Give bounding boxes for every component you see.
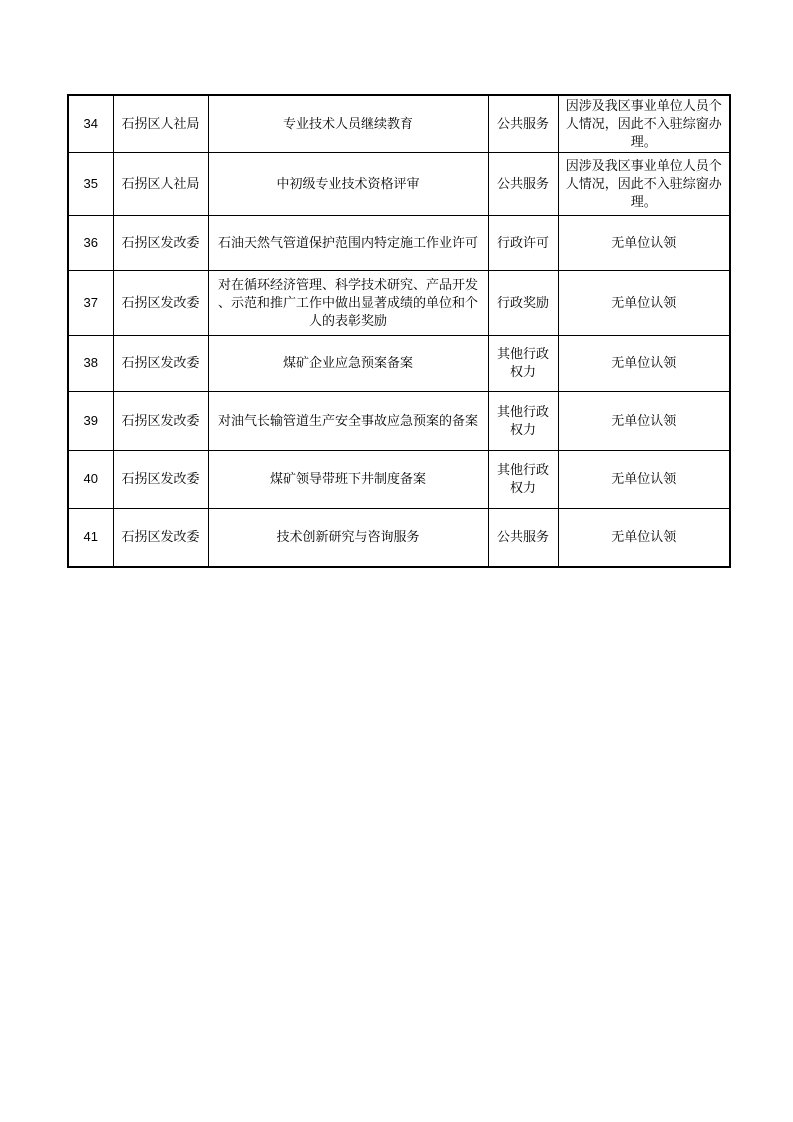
table-row: 34 石拐区人社局 专业技术人员继续教育 公共服务 因涉及我区事业单位人员个人情… [68, 95, 730, 152]
cell-remark: 因涉及我区事业单位人员个人情况，因此不入驻综窗办理。 [558, 95, 730, 152]
cell-remark: 无单位认领 [558, 270, 730, 335]
cell-item-name: 专业技术人员继续教育 [208, 95, 488, 152]
service-items-table: 34 石拐区人社局 专业技术人员继续教育 公共服务 因涉及我区事业单位人员个人情… [67, 94, 731, 568]
cell-seq: 39 [68, 391, 113, 450]
cell-department: 石拐区发改委 [113, 508, 208, 567]
cell-remark: 无单位认领 [558, 335, 730, 391]
cell-item-type: 其他行政权力 [488, 391, 558, 450]
cell-department: 石拐区发改委 [113, 335, 208, 391]
cell-department: 石拐区发改委 [113, 215, 208, 270]
table-row: 35 石拐区人社局 中初级专业技术资格评审 公共服务 因涉及我区事业单位人员个人… [68, 152, 730, 215]
cell-item-type: 其他行政权力 [488, 335, 558, 391]
cell-item-type: 行政奖励 [488, 270, 558, 335]
cell-item-name: 煤矿企业应急预案备案 [208, 335, 488, 391]
cell-item-name: 石油天然气管道保护范围内特定施工作业许可 [208, 215, 488, 270]
cell-item-type: 行政许可 [488, 215, 558, 270]
cell-remark: 无单位认领 [558, 508, 730, 567]
cell-item-name: 对在循环经济管理、科学技术研究、产品开发、示范和推广工作中做出显著成绩的单位和个… [208, 270, 488, 335]
cell-department: 石拐区发改委 [113, 391, 208, 450]
table-row: 41 石拐区发改委 技术创新研究与咨询服务 公共服务 无单位认领 [68, 508, 730, 567]
table-row: 39 石拐区发改委 对油气长输管道生产安全事故应急预案的备案 其他行政权力 无单… [68, 391, 730, 450]
cell-seq: 38 [68, 335, 113, 391]
cell-item-name: 技术创新研究与咨询服务 [208, 508, 488, 567]
cell-remark: 无单位认领 [558, 215, 730, 270]
cell-seq: 36 [68, 215, 113, 270]
cell-seq: 37 [68, 270, 113, 335]
cell-item-name: 中初级专业技术资格评审 [208, 152, 488, 215]
cell-department: 石拐区人社局 [113, 95, 208, 152]
cell-department: 石拐区人社局 [113, 152, 208, 215]
cell-item-type: 公共服务 [488, 508, 558, 567]
cell-seq: 35 [68, 152, 113, 215]
table-row: 38 石拐区发改委 煤矿企业应急预案备案 其他行政权力 无单位认领 [68, 335, 730, 391]
cell-item-type: 公共服务 [488, 152, 558, 215]
document-page: 34 石拐区人社局 专业技术人员继续教育 公共服务 因涉及我区事业单位人员个人情… [0, 0, 793, 1122]
cell-seq: 41 [68, 508, 113, 567]
cell-item-type: 公共服务 [488, 95, 558, 152]
cell-item-name: 煤矿领导带班下井制度备案 [208, 450, 488, 508]
cell-remark: 无单位认领 [558, 391, 730, 450]
table-row: 37 石拐区发改委 对在循环经济管理、科学技术研究、产品开发、示范和推广工作中做… [68, 270, 730, 335]
cell-item-name: 对油气长输管道生产安全事故应急预案的备案 [208, 391, 488, 450]
cell-item-type: 其他行政权力 [488, 450, 558, 508]
table-row: 40 石拐区发改委 煤矿领导带班下井制度备案 其他行政权力 无单位认领 [68, 450, 730, 508]
cell-department: 石拐区发改委 [113, 450, 208, 508]
cell-seq: 34 [68, 95, 113, 152]
cell-department: 石拐区发改委 [113, 270, 208, 335]
cell-remark: 因涉及我区事业单位人员个人情况，因此不入驻综窗办理。 [558, 152, 730, 215]
table-row: 36 石拐区发改委 石油天然气管道保护范围内特定施工作业许可 行政许可 无单位认… [68, 215, 730, 270]
cell-seq: 40 [68, 450, 113, 508]
cell-remark: 无单位认领 [558, 450, 730, 508]
